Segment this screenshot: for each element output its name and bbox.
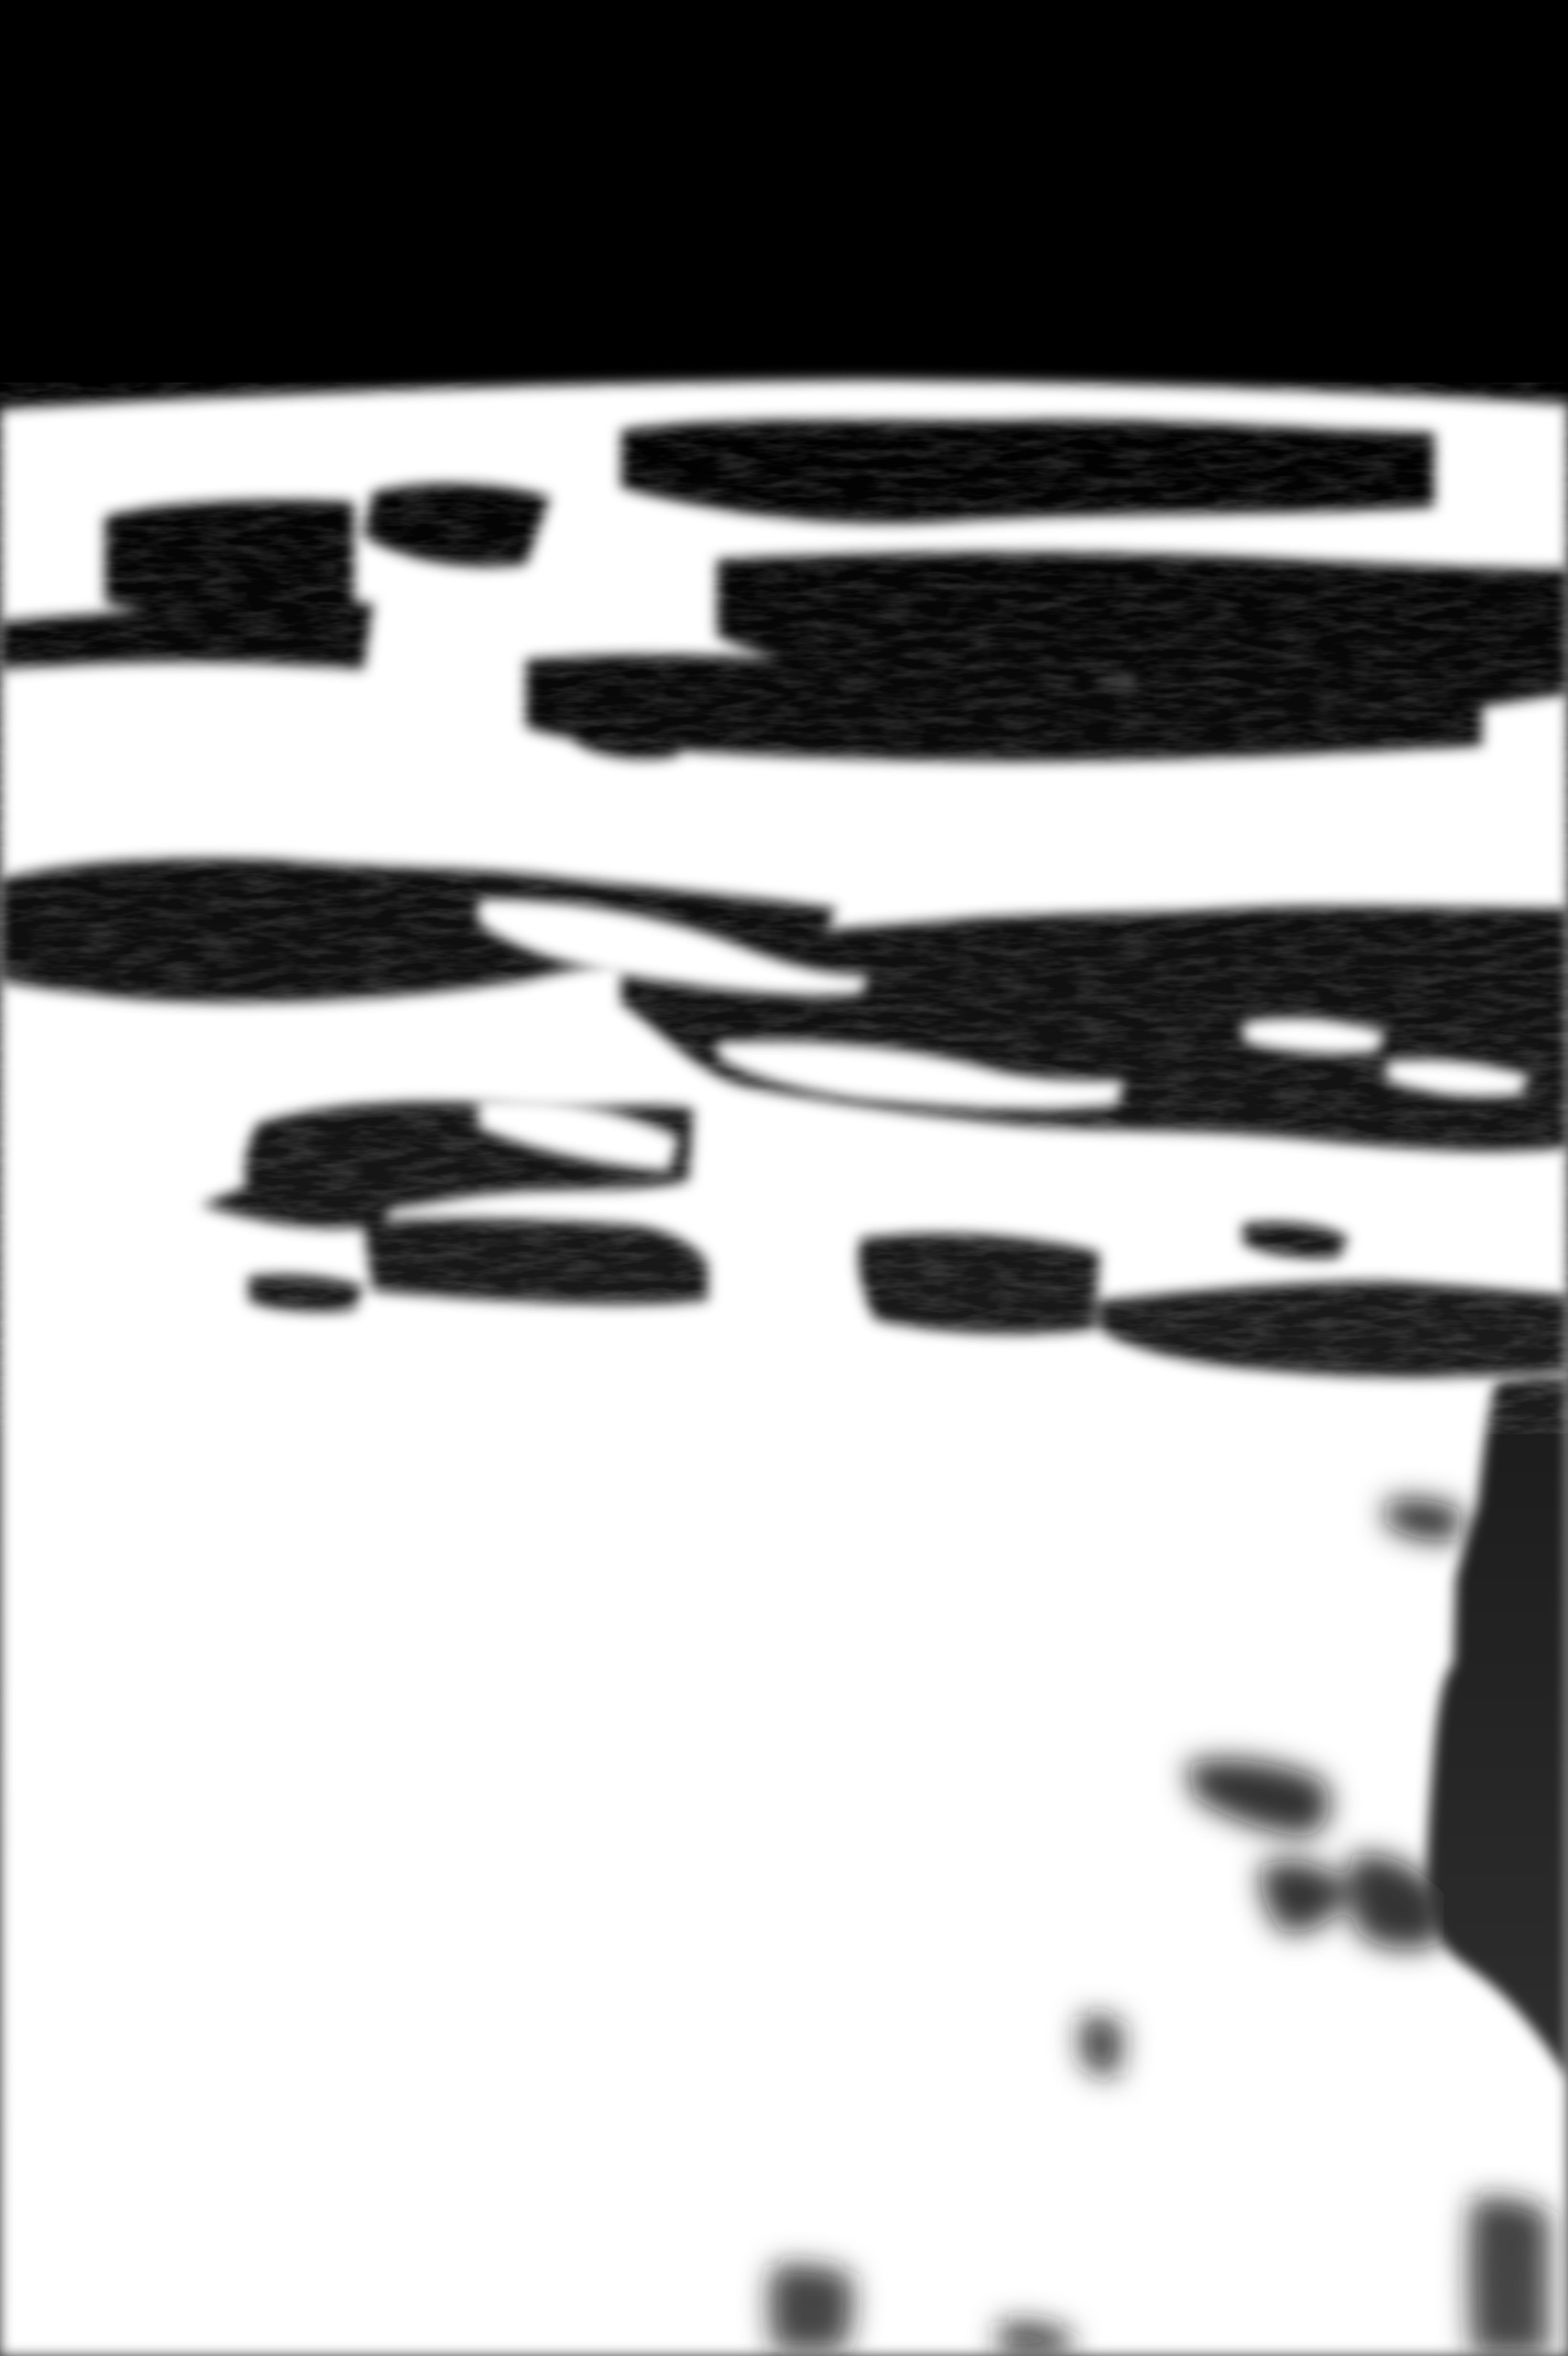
cloud-texture (0, 382, 1568, 1434)
photo-canvas (0, 0, 1568, 2356)
earth-horizon-photo: High-contrast black-and-white orbital ph… (0, 0, 1568, 2356)
